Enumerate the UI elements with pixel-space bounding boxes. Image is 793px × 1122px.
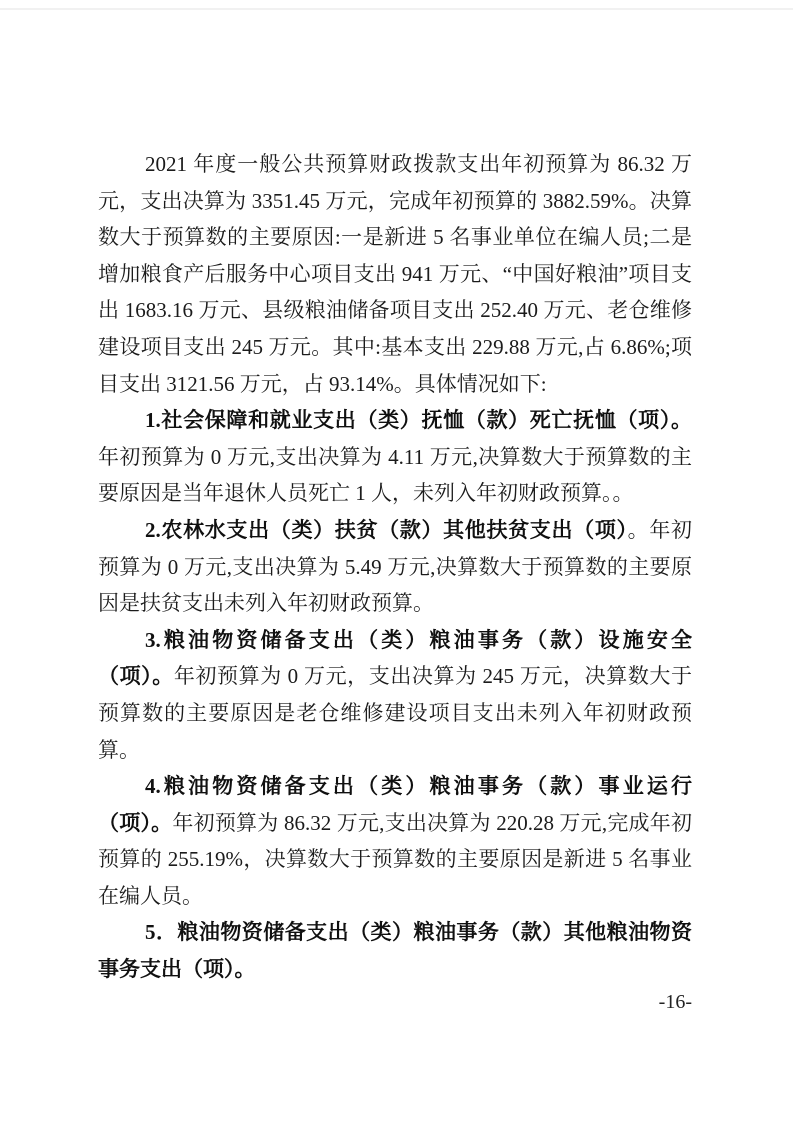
item-heading-segment: 5．粮油物资储备支出（类）粮油事务（款）其他粮油物资事务支出（项）。	[98, 920, 692, 981]
item-heading-segment: 1.社会保障和就业支出（类）抚恤（款）死亡抚恤（项）。	[145, 408, 692, 432]
text-segment: 年初预算为 0 万元,支出决算为 4.11 万元,决算数大于预算数的主要原因是当…	[98, 445, 692, 506]
item-heading-segment: 2.农林水支出（类）扶贫（款）其他扶贫支出（项）	[145, 518, 628, 542]
para-item-5-other-grain-affairs: 5．粮油物资储备支出（类）粮油事务（款）其他粮油物资事务支出（项）。	[98, 914, 692, 987]
text-segment: 年初预算为 86.32 万元,支出决算为 220.28 万元,完成年初预算的 2…	[98, 811, 692, 908]
scan-artifact-line	[0, 8, 793, 10]
para-item-4-operations: 4.粮油物资储备支出（类）粮油事务（款）事业运行（项）。年初预算为 86.32 …	[98, 768, 692, 914]
para-item-2-agriculture-poverty: 2.农林水支出（类）扶贫（款）其他扶贫支出（项）。年初预算为 0 万元,支出决算…	[98, 512, 692, 622]
document-page: 2021 年度一般公共预算财政拨款支出年初预算为 86.32 万元，支出决算为 …	[0, 0, 793, 1122]
page-number: -16-	[659, 991, 692, 1014]
text-segment: 2021 年度一般公共预算财政拨款支出年初预算为 86.32 万元，支出决算为 …	[98, 152, 692, 396]
para-item-3-facility-safety: 3.粮油物资储备支出（类）粮油事务（款）设施安全（项）。年初预算为 0 万元，支…	[98, 622, 692, 768]
text-segment: 年初预算为 0 万元，支出决算为 245 万元，决算数大于预算数的主要原因是老仓…	[98, 664, 692, 761]
document-body: 2021 年度一般公共预算财政拨款支出年初预算为 86.32 万元，支出决算为 …	[98, 146, 692, 988]
para-item-1-social-security: 1.社会保障和就业支出（类）抚恤（款）死亡抚恤（项）。年初预算为 0 万元,支出…	[98, 402, 692, 512]
para-budget-overview: 2021 年度一般公共预算财政拨款支出年初预算为 86.32 万元，支出决算为 …	[98, 146, 692, 402]
